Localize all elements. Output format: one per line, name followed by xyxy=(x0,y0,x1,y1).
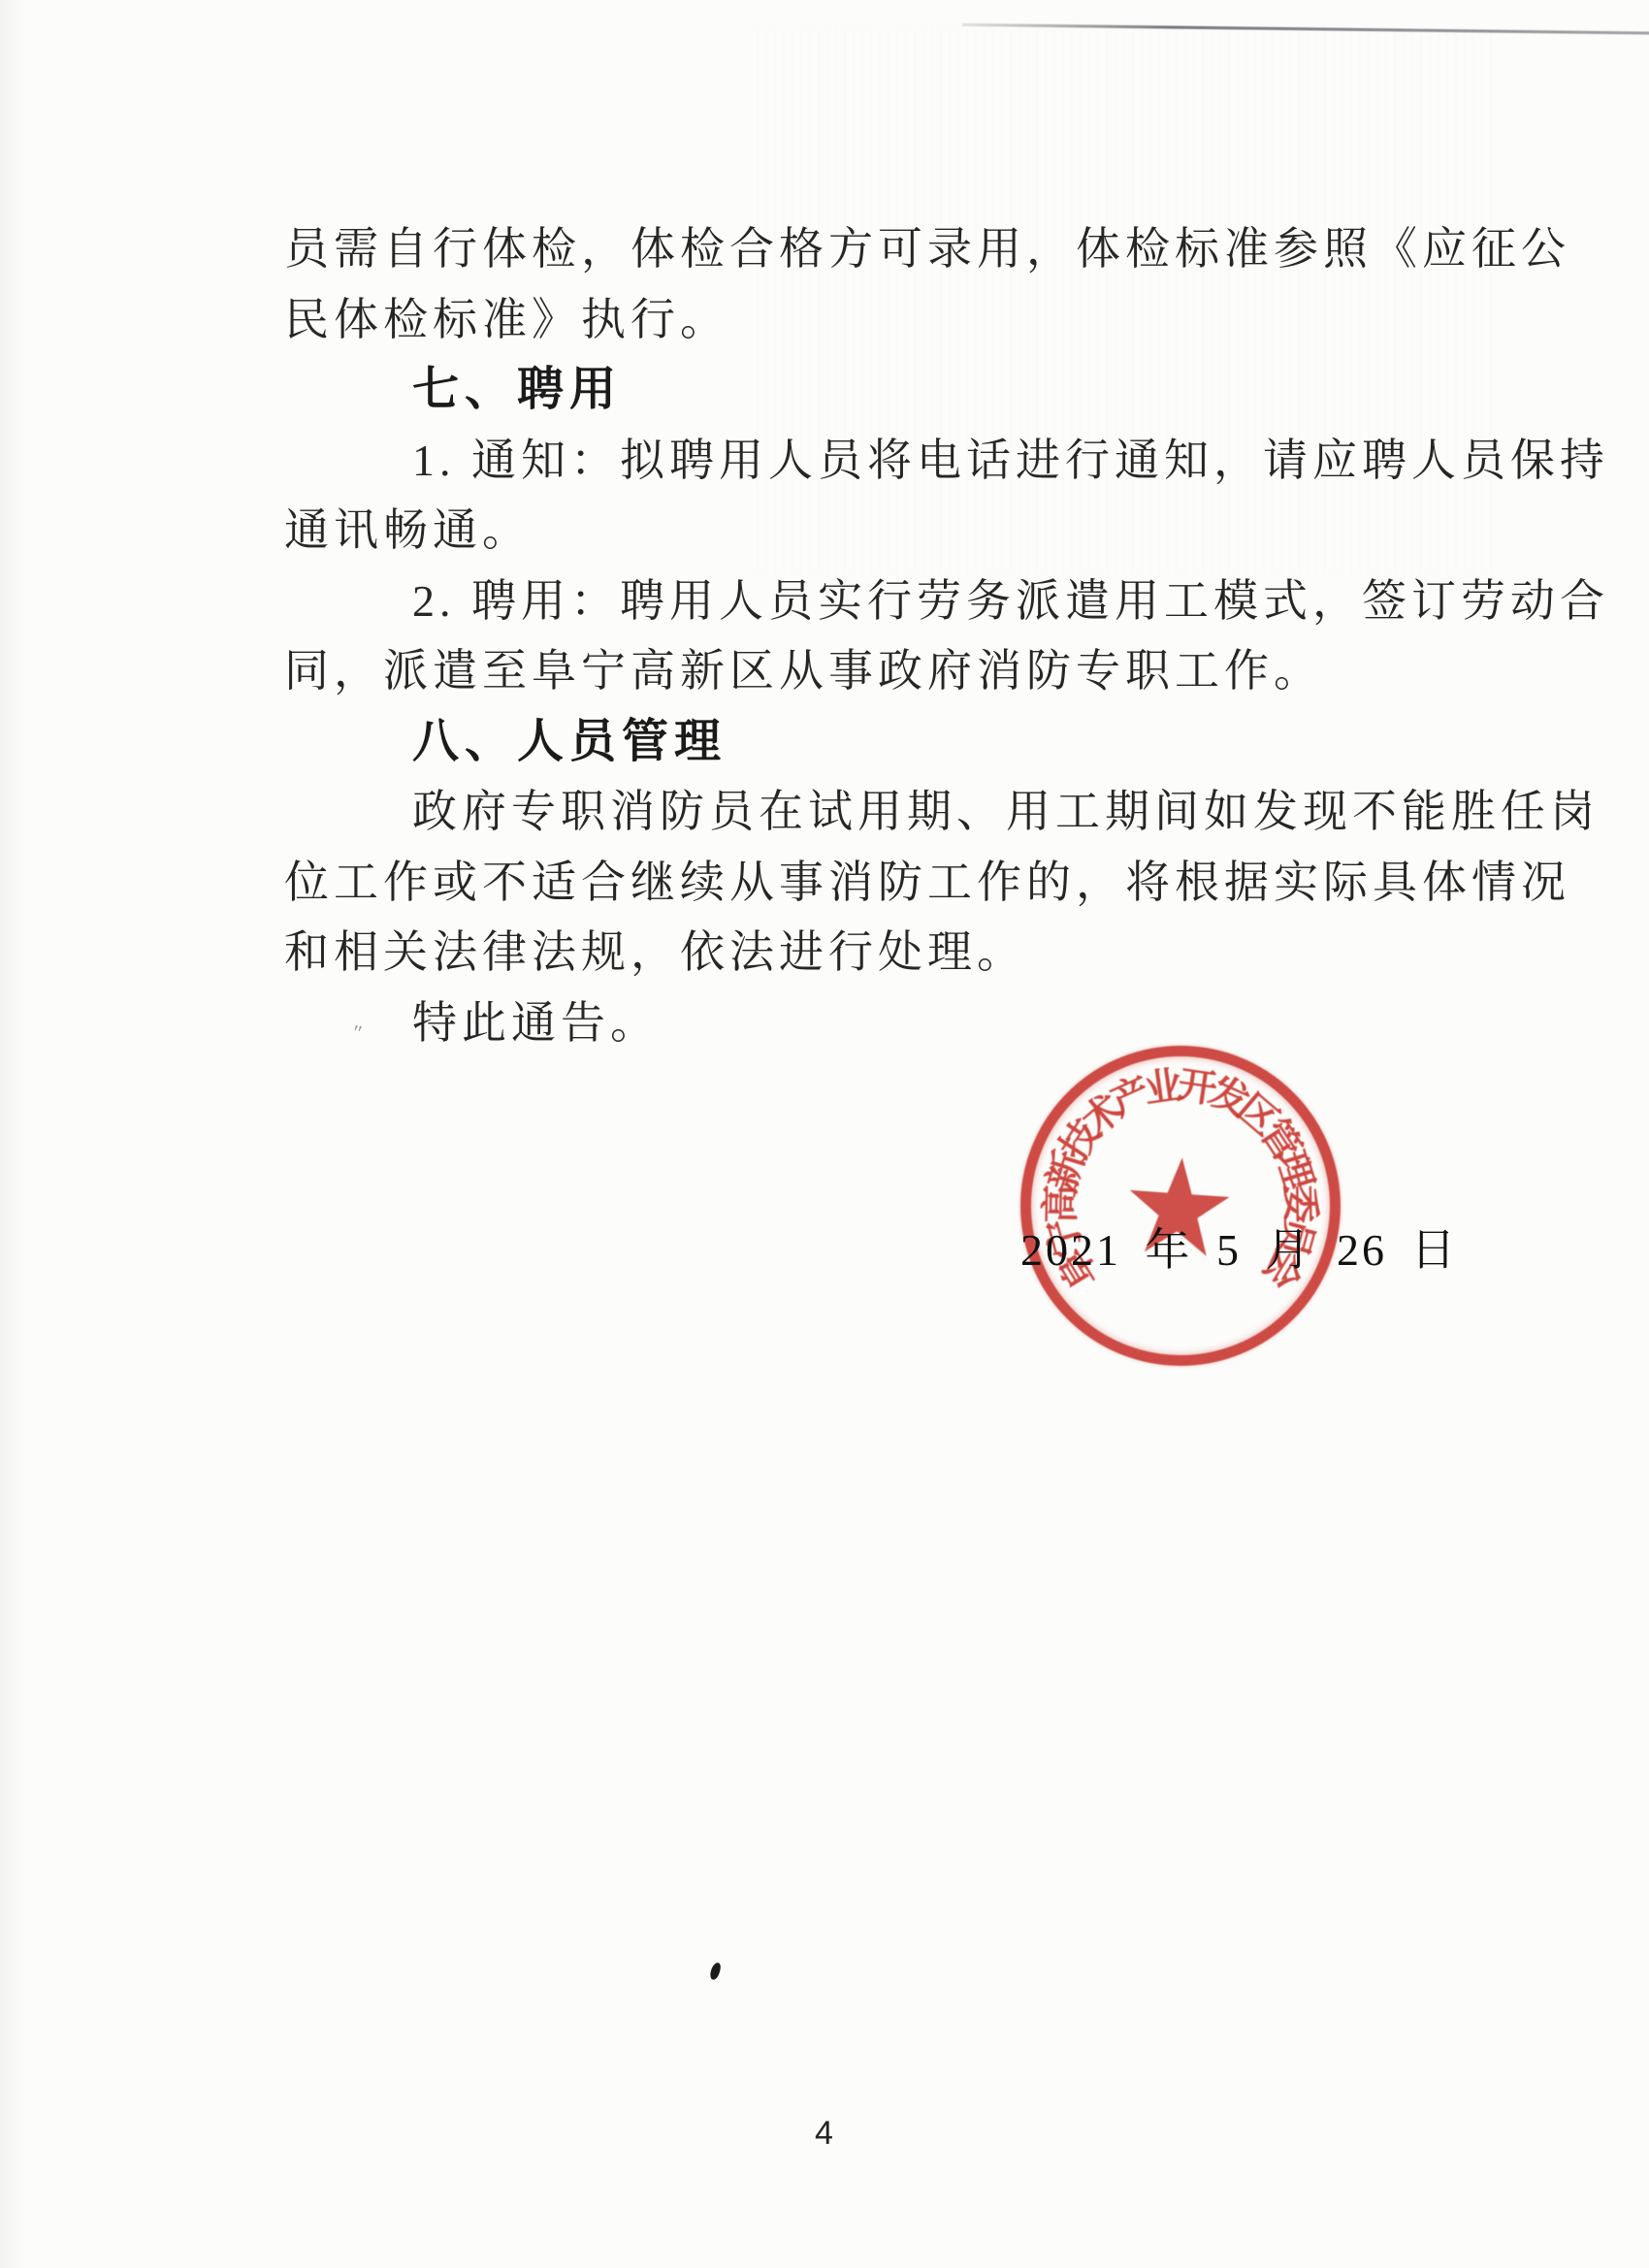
body-line: 和相关法律法规，依法进行处理。 xyxy=(284,918,1506,988)
body-line: 位工作或不适合继续从事消防工作的，将根据实际具体情况 xyxy=(284,848,1506,919)
scan-edge-shade xyxy=(0,0,25,2268)
section-heading-7: 七、聘用 xyxy=(284,355,1506,426)
document-body: 员需自行体检，体检合格方可录用，体检标准参照《应征公 民体检标准》执行。 七、聘… xyxy=(284,214,1506,1058)
body-line: 员需自行体检，体检合格方可录用，体检标准参照《应征公 xyxy=(284,214,1506,285)
issue-date: 2021 年 5 月 26 日 xyxy=(1020,1215,1459,1279)
section-heading-8: 八、人员管理 xyxy=(284,707,1506,778)
body-line: 民体检标准》执行。 xyxy=(284,285,1506,356)
body-line: 2. 聘用：聘用人员实行劳务派遣用工模式，签订劳动合 xyxy=(284,567,1506,637)
page-number: 4 xyxy=(0,2115,1649,2153)
official-seal: 阜宁高新技术产业开发区管理委员会 xyxy=(1020,1046,1341,1366)
body-line: 通讯畅通。 xyxy=(284,496,1506,567)
scan-ink-speck xyxy=(709,1961,722,1981)
seal-ring-text: 阜宁高新技术产业开发区管理委员会 xyxy=(1020,1046,1341,1366)
body-line: 政府专职消防员在试用期、用工期间如发现不能胜任岗 xyxy=(284,777,1506,848)
body-line: 1. 通知：拟聘用人员将电话进行通知，请应聘人员保持 xyxy=(284,426,1506,497)
body-line: 同，派遣至阜宁高新区从事政府消防专职工作。 xyxy=(284,636,1506,707)
scanned-document-page: ″ 员需自行体检，体检合格方可录用，体检标准参照《应征公 民体检标准》执行。 七… xyxy=(0,0,1649,2268)
